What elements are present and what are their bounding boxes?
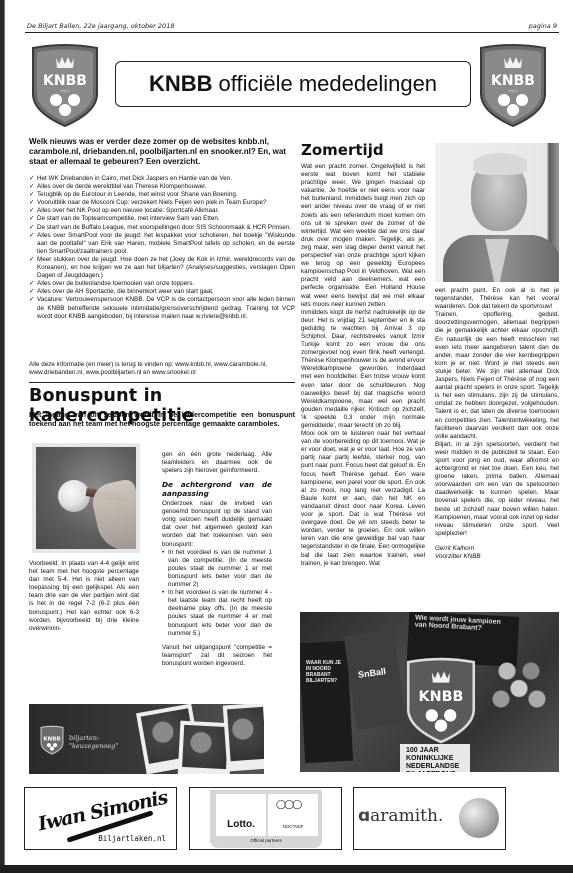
svg-text:1911: 1911 <box>509 89 518 93</box>
sponsor-lotto-nocnsf[interactable]: Lotto. NOC*NSF ◯◯◯ Official partners <box>189 787 342 850</box>
crown-shield-icon: KNBB <box>402 656 480 744</box>
svg-text:KNBB: KNBB <box>43 73 87 89</box>
sponsor-url: Biljartlaken.nl <box>98 834 166 843</box>
paragraph: Wat een pracht zomer. Ongetwijfeld is he… <box>301 163 425 309</box>
aramith-mark-icon: ɑ <box>358 806 370 826</box>
crown-shield-icon: KNBB 1911 <box>27 42 103 128</box>
list-item: ✓Vacature: Vertrouwenspersoon KNBB. De V… <box>29 296 295 320</box>
news-intro: Welk nieuws was er verder deze zomer op … <box>29 137 293 167</box>
running-header: De Biljart Ballen, 22e jaargang, oktober… <box>25 16 559 33</box>
title-bold: KNBB <box>149 71 213 97</box>
svg-text:KNBB: KNBB <box>419 689 464 705</box>
banner-tagline: biljarten: "keuzegenoeg" <box>69 734 118 750</box>
checkmark-icon: ✓ <box>29 296 34 304</box>
sponsor-iwan-simonis[interactable]: Iwan Simonis Biljartlaken.nl <box>24 787 177 850</box>
bonus-article-lead: Met ingang van dit seizoen wordt in de k… <box>29 410 295 429</box>
knbb-logo-right: KNBB 1911 <box>475 42 551 128</box>
signature-title: Voorzitter KNBB <box>435 553 559 561</box>
svg-text:KNBB: KNBB <box>43 736 60 742</box>
list-item: ✓Alles over de derde wereldtitel van The… <box>29 183 295 191</box>
chairman-portrait-photo <box>435 143 559 282</box>
checkmark-icon: ✓ <box>29 215 34 223</box>
bullet-list: In het voordeel is van de nummer 1 van d… <box>162 549 272 638</box>
checkmark-icon: ✓ <box>29 288 34 296</box>
checkmark-icon: ✓ <box>29 191 34 199</box>
paragraph: Vanuit het uitgangspunt "competitie = te… <box>162 644 272 668</box>
checkmark-icon: ✓ <box>29 256 34 264</box>
paragraph: een pracht punt. En ook al is het je teg… <box>435 287 559 311</box>
checkmark-icon: ✓ <box>29 207 34 215</box>
signature-name: Gerrit Kalhorn <box>435 545 559 553</box>
subheading: De achtergrond van de aanpassing <box>162 481 272 498</box>
biljarten-keuzegenoeg-banner: KNBB biljarten: "keuzegenoeg" <box>29 704 264 774</box>
list-item: ✓Alles over de AH Sportactie, die binnen… <box>29 288 295 296</box>
svg-text:1911: 1911 <box>61 89 70 93</box>
paragraph: Inmiddels klopt de herfst nadrukkelijk o… <box>301 309 425 430</box>
list-item: ✓Alles over het NK Pool op een nieuwe lo… <box>29 207 295 215</box>
centenary-stamp: 100 JAAR KONINKLIJKE NEDERLANDSE BILJART… <box>400 744 470 772</box>
checkmark-icon: ✓ <box>29 175 34 183</box>
publication-info: De Biljart Ballen, 22e jaargang, oktober… <box>27 22 174 30</box>
signature: Gerrit Kalhorn Voorzitter KNBB <box>435 545 559 561</box>
list-item: ✓Terugblik op de Eurotour in Leende, met… <box>29 191 295 199</box>
billiard-ball-icon <box>459 798 499 838</box>
checkmark-icon: ✓ <box>29 183 34 191</box>
paragraph: Biljart, in al zijn spelsoorten, verdien… <box>435 441 559 538</box>
title-rest: officiële mededelingen <box>219 71 438 97</box>
paragraph: Trainen, opoffering, geduld, doorzetting… <box>435 311 559 441</box>
zomertijd-column-1: Wat een pracht zomer. Ongetwijfeld is he… <box>301 163 425 568</box>
crown-shield-icon: KNBB <box>39 724 65 756</box>
list-item: ✓Alles over de buitenlandse toernooien v… <box>29 280 295 288</box>
zomertijd-column-2: een pracht punt. En ook al is het je teg… <box>435 287 559 561</box>
page-bottom-edge <box>0 865 573 873</box>
page-title: KNBB officiële mededelingen <box>115 61 471 107</box>
paragraph: Mooi ook om te luisteren naar het verhaa… <box>301 430 425 568</box>
paragraph: gen en één grote nederlaag. Alle teamlei… <box>162 451 272 475</box>
checkmark-icon: ✓ <box>29 232 34 240</box>
page-number: pagina 9 <box>529 22 557 30</box>
crown-shield-icon: KNBB 1911 <box>475 42 551 128</box>
list-item: ✓Alles over SmartPool voor de jeugd: het… <box>29 232 295 256</box>
paragraph: Onderzoek naar de invloed van genoemd bo… <box>162 500 272 549</box>
checkmark-icon: ✓ <box>29 224 34 232</box>
list-item: In het voordeel is van de nummer 1 van d… <box>162 549 272 589</box>
knbb-logo-left: KNBB 1911 <box>27 42 103 128</box>
checkmark-icon: ✓ <box>29 280 34 288</box>
pool-balls-icon <box>489 650 549 720</box>
bonus-article-body-left: Voorbeeld: In plaats van 4-4 gelijk wint… <box>29 560 139 633</box>
polaroid-photo <box>223 704 264 771</box>
cue-ball-photo <box>32 443 140 553</box>
list-item: ✓Meer stukken over de jeugd. Hoe doen ze… <box>29 256 295 280</box>
sponsor-aramith[interactable]: ɑaramith. <box>353 787 506 850</box>
list-item: ✓Vooruitblik naar de Mosconi Cup: verzek… <box>29 199 295 207</box>
aramith-logo: ɑaramith. <box>358 806 443 826</box>
news-checklist: ✓Het WK Driebanden in Cairo, met Dick Ja… <box>29 175 295 321</box>
svg-text:KNBB: KNBB <box>491 73 535 89</box>
more-info-websites: Alle deze informatie (en meer) is terug … <box>29 361 295 377</box>
flyer-tag: WAAR KUN JE IN NOORD BRABANT BILJARTEN? <box>306 660 344 684</box>
list-item: ✓De start van de Buffalo League, met voo… <box>29 224 295 232</box>
zomertijd-title: Zomertijd <box>301 141 384 159</box>
list-item: In het voordeel is van de nummer 4 - het… <box>162 589 272 638</box>
bonus-article-body-right: gen en één grote nederlaag. Alle teamlei… <box>162 451 272 668</box>
list-item: ✓De start van de Topteamcompetitie, met … <box>29 215 295 223</box>
olympic-rings-icon: ◯◯◯ <box>276 800 300 810</box>
section-divider <box>29 382 295 383</box>
official-partners-caption: Official partners <box>210 838 322 843</box>
lotto-logo: Lotto. <box>216 794 266 836</box>
checkmark-icon: ✓ <box>29 199 34 207</box>
knbb-promo-collage: WAAR KUN JE IN NOORD BRABANT BILJARTEN? … <box>300 612 559 772</box>
newspaper-page: De Biljart Ballen, 22e jaargang, oktober… <box>4 0 573 865</box>
list-item: ✓Het WK Driebanden in Cairo, met Dick Ja… <box>29 175 295 183</box>
